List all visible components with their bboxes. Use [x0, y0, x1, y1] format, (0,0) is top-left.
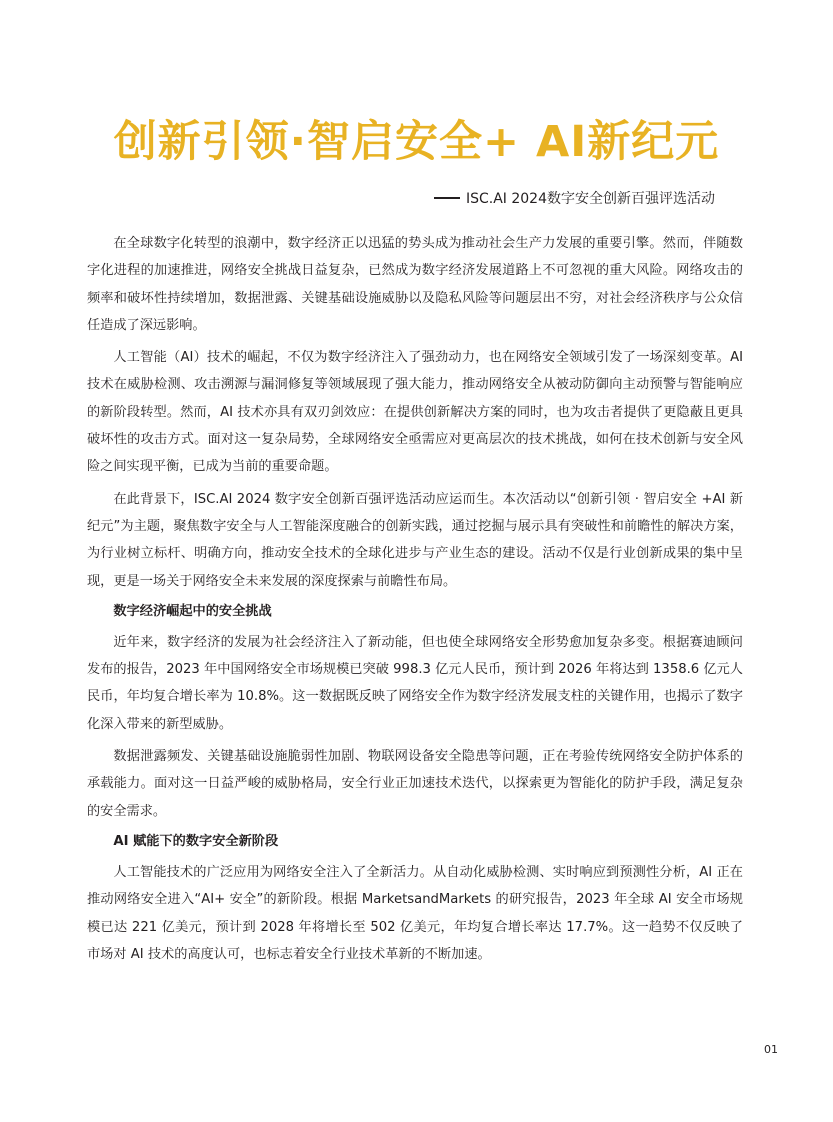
page-number: 01 [764, 1043, 778, 1056]
intro-paragraph-1: 在全球数字化转型的浪潮中，数字经济正以迅猛的势头成为推动社会生产力发展的重要引擎… [87, 230, 743, 339]
section2-paragraph-1: 人工智能技术的广泛应用为网络安全注入了全新活力。从自动化威胁检测、实时响应到预测… [87, 859, 743, 968]
intro-paragraph-3: 在此背景下，ISC.AI 2024 数字安全创新百强评选活动应运而生。本次活动以… [87, 486, 743, 595]
article-body: 在全球数字化转型的浪潮中，数字经济正以迅猛的势头成为推动社会生产力发展的重要引擎… [87, 230, 743, 973]
intro-paragraph-2: 人工智能（AI）技术的崛起，不仅为数字经济注入了强劲动力，也在网络安全领域引发了… [87, 344, 743, 480]
section-heading-security-challenges: 数字经济崛起中的安全挑战 [87, 600, 743, 624]
section-heading-ai-empowered: AI 赋能下的数字安全新阶段 [87, 830, 743, 854]
em-dash-decoration [434, 197, 460, 199]
page-title: 创新引领·智启安全+ AI新纪元 [0, 112, 833, 172]
subtitle: ISC.AI 2024数字安全创新百强评选活动 [434, 189, 715, 209]
section1-paragraph-2: 数据泄露频发、关键基础设施脆弱性加剧、物联网设备安全隐患等问题，正在考验传统网络… [87, 743, 743, 825]
section1-paragraph-1: 近年来，数字经济的发展为社会经济注入了新动能，但也使全球网络安全形势愈加复杂多变… [87, 629, 743, 738]
subtitle-text: ISC.AI 2024数字安全创新百强评选活动 [466, 191, 715, 207]
